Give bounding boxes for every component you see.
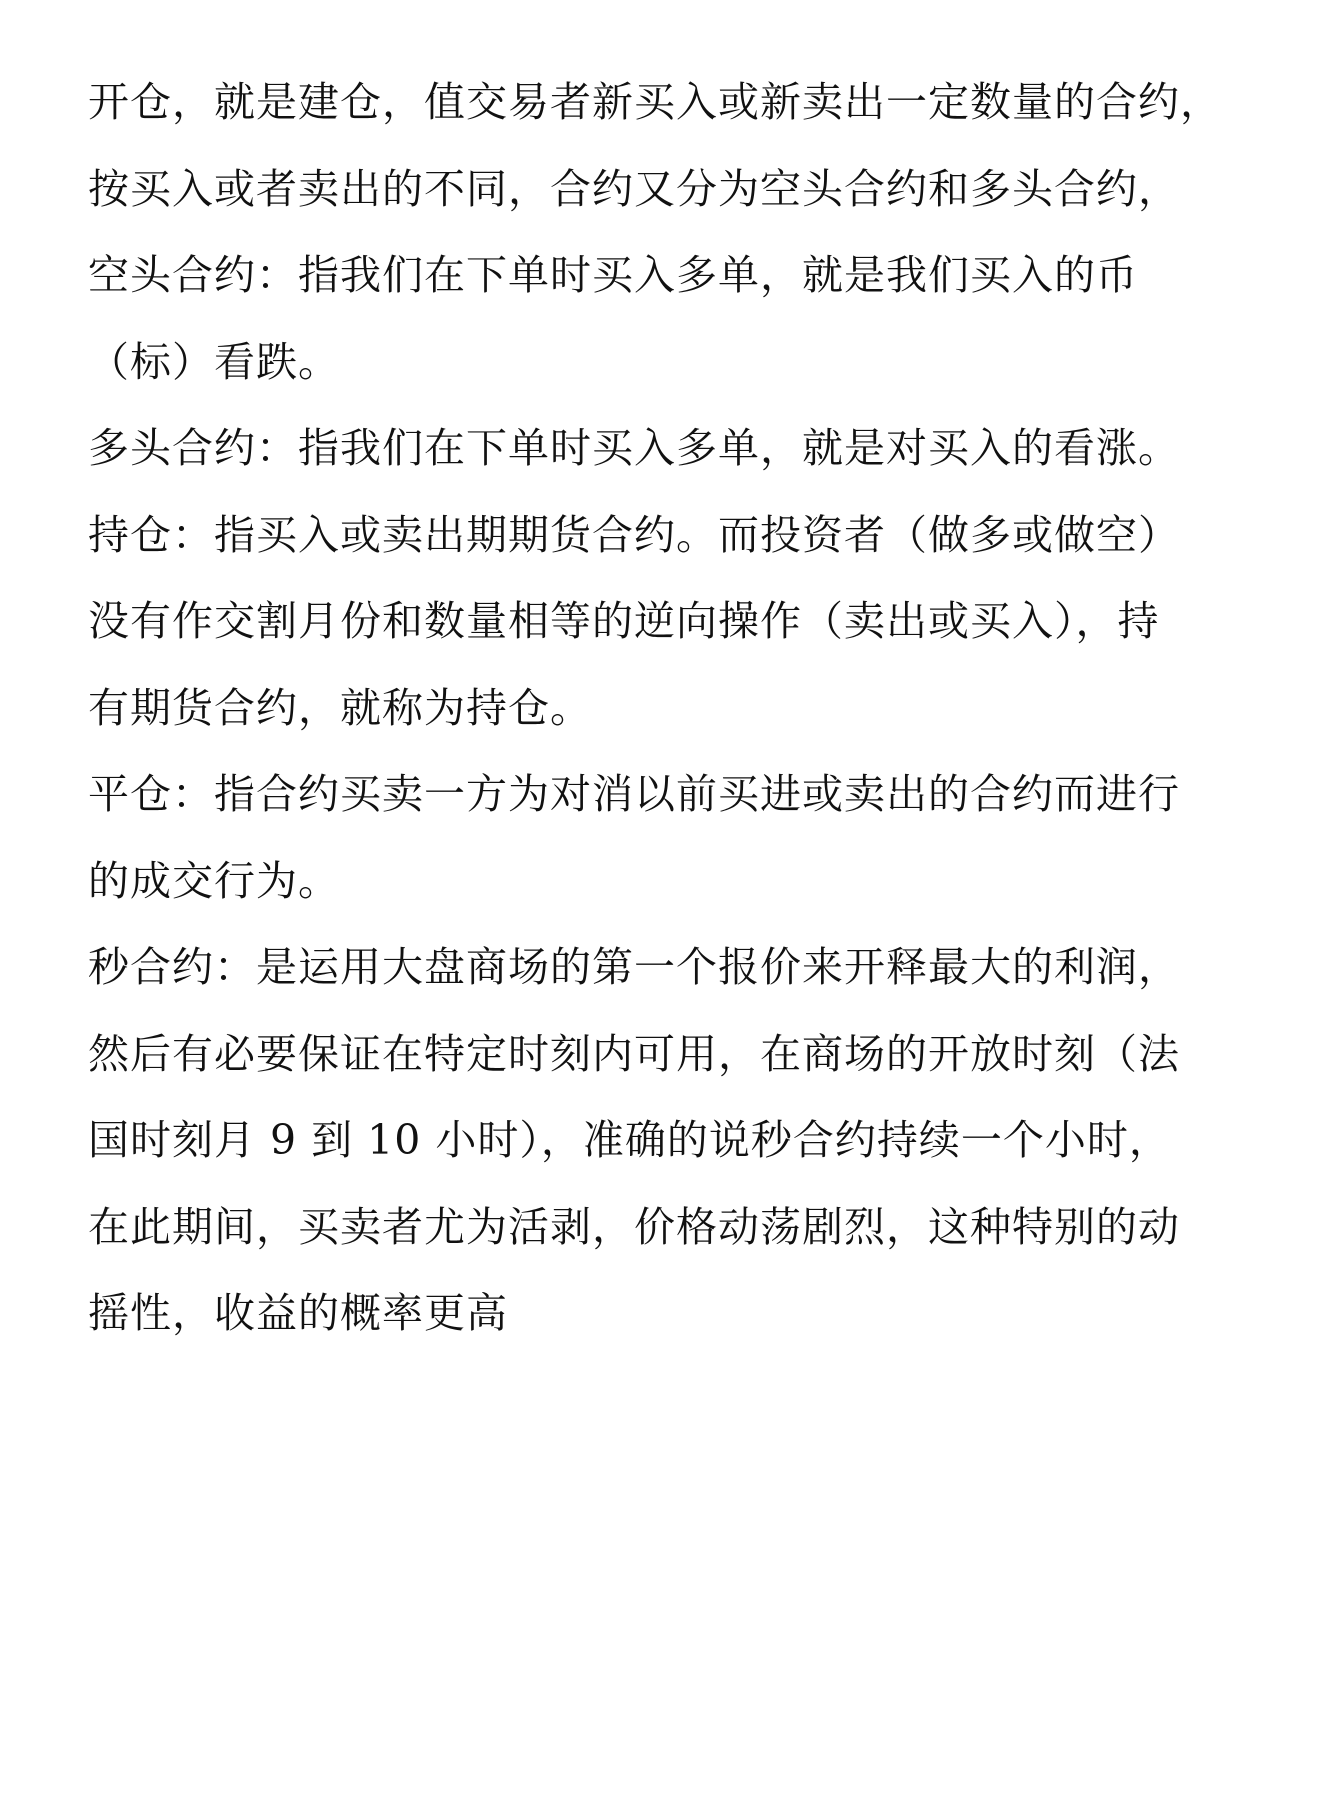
- text-line-14: 在此期间，买卖者尤为活剥，价格动荡剧烈，这种特别的动: [88, 1197, 1248, 1284]
- text-line-11: 秒合约：是运用大盘商场的第一个报价来开释最大的利润，: [88, 937, 1248, 1024]
- text-line-7: 没有作交割月份和数量相等的逆向操作（卖出或买入），持: [88, 591, 1248, 678]
- text-line-8: 有期货合约，就称为持仓。: [88, 678, 1248, 765]
- text-line-1: 开仓，就是建仓，值交易者新买入或新卖出一定数量的合约，: [88, 72, 1248, 159]
- text-line-3: 空头合约：指我们在下单时买入多单，就是我们买入的币: [88, 245, 1248, 332]
- text-line-13: 国时刻月 9 到 10 小时），准确的说秒合约持续一个小时，: [88, 1110, 1248, 1197]
- document-body: 开仓，就是建仓，值交易者新买入或新卖出一定数量的合约， 按买入或者卖出的不同，合…: [88, 72, 1248, 1370]
- text-line-9: 平仓：指合约买卖一方为对消以前买进或卖出的合约而进行: [88, 764, 1248, 851]
- document-page: 开仓，就是建仓，值交易者新买入或新卖出一定数量的合约， 按买入或者卖出的不同，合…: [0, 0, 1323, 1816]
- text-line-10: 的成交行为。: [88, 851, 1248, 938]
- text-line-5: 多头合约：指我们在下单时买入多单，就是对买入的看涨。: [88, 418, 1248, 505]
- text-line-15: 摇性，收益的概率更高: [88, 1283, 1248, 1370]
- text-line-12: 然后有必要保证在特定时刻内可用，在商场的开放时刻（法: [88, 1024, 1248, 1111]
- text-line-2: 按买入或者卖出的不同，合约又分为空头合约和多头合约，: [88, 159, 1248, 246]
- text-line-4: （标）看跌。: [88, 332, 1248, 419]
- text-line-6: 持仓：指买入或卖出期期货合约。而投资者（做多或做空）: [88, 505, 1248, 592]
